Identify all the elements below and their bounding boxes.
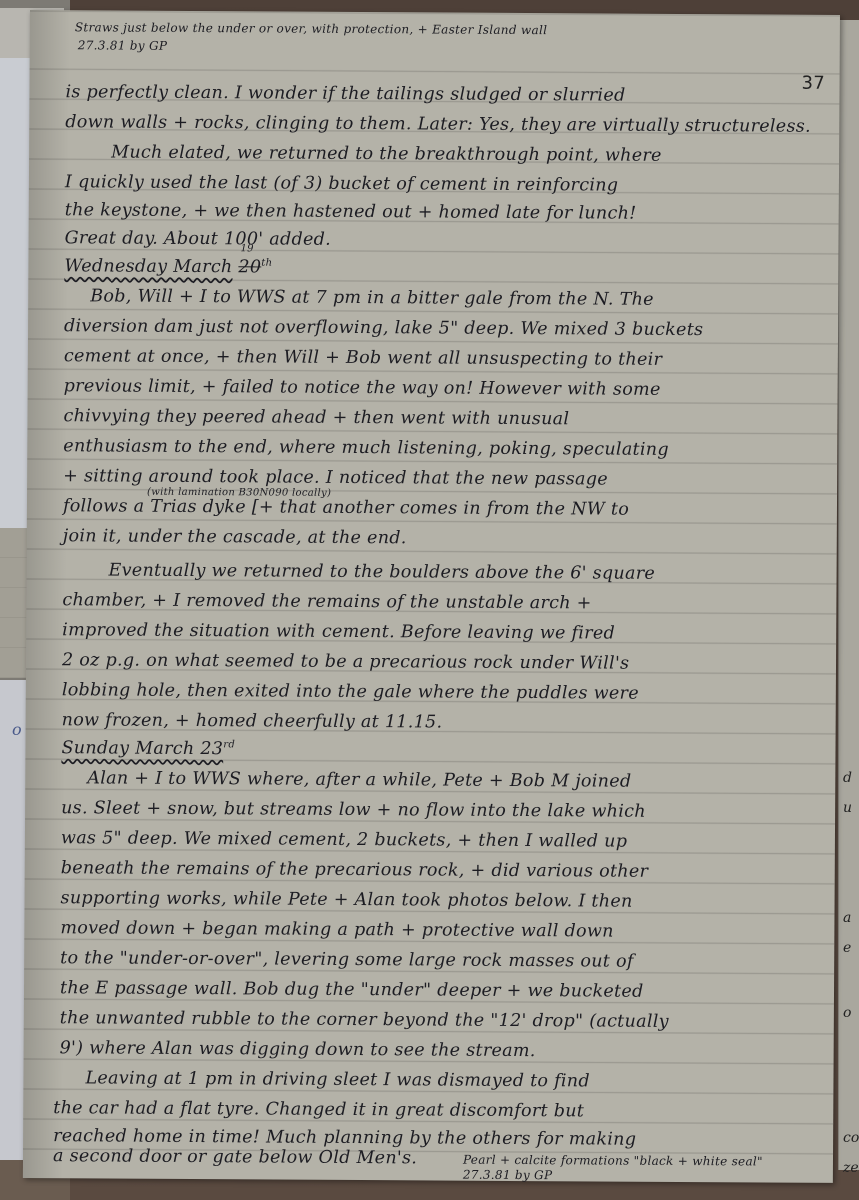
text-line: Leaving at 1 pm in driving sleet I was d… bbox=[85, 1068, 590, 1091]
text-line: Alan + I to WWS where, after a while, Pe… bbox=[87, 768, 631, 791]
entry-heading-sunday: Sunday March 23rd bbox=[61, 738, 235, 759]
text-line: us. Sleet + snow, but streams low + no f… bbox=[61, 798, 646, 822]
heading-day: Sunday March 23 bbox=[61, 738, 223, 759]
text-line: 2 oz p.g. on what seemed to be a precari… bbox=[62, 650, 629, 673]
date-suffix: rd bbox=[223, 739, 235, 750]
margin-mark: u bbox=[843, 800, 852, 816]
margin-mark: o bbox=[12, 720, 22, 739]
photo-caption-bottom: Pearl + calcite formations "black + whit… bbox=[463, 1153, 763, 1169]
text-line: chamber, + I removed the remains of the … bbox=[62, 590, 591, 613]
text-line: chivvying they peered ahead + then went … bbox=[63, 406, 569, 429]
text-line: Much elated, we returned to the breakthr… bbox=[111, 142, 662, 165]
underlying-page-right: d u a e o co ze bbox=[838, 20, 859, 1170]
text-line: supporting works, while Pete + Alan took… bbox=[61, 888, 633, 911]
margin-mark: co bbox=[843, 1130, 859, 1146]
text-line: beneath the remains of the precarious ro… bbox=[61, 858, 649, 882]
heading-date: 19 20th bbox=[238, 257, 272, 277]
text-line: 9') where Alan was digging down to see t… bbox=[60, 1038, 536, 1061]
text-line: the unwanted rubble to the corner beyond… bbox=[60, 1008, 669, 1032]
text-line: lobbing hole, then exited into the gale … bbox=[62, 680, 639, 704]
text-line: + sitting around took place. I noticed t… bbox=[63, 466, 608, 489]
underlying-white-page-lower bbox=[0, 680, 26, 1160]
text-line: diversion dam just not overflowing, lake… bbox=[64, 316, 703, 340]
text-line: now frozen, + homed cheerfully at 11.15. bbox=[62, 710, 443, 732]
page-number: 37 bbox=[802, 73, 826, 94]
margin-mark: ze bbox=[843, 1160, 859, 1176]
photo-caption-top-date: 27.3.81 by GP bbox=[78, 38, 168, 53]
text-line: down walls + rocks, clinging to them. La… bbox=[65, 112, 811, 137]
text-line: cement at once, + then Will + Bob went a… bbox=[64, 346, 662, 370]
text-line: follows a Trias dyke [+ that another com… bbox=[63, 496, 629, 519]
text-line: Eventually we returned to the boulders a… bbox=[109, 560, 656, 583]
corrected-date: 19 bbox=[240, 243, 253, 254]
text-line: to the "under-or-over", levering some la… bbox=[60, 948, 634, 972]
text-line: the E passage wall. Bob dug the "under" … bbox=[60, 978, 644, 1002]
text-line: the keystone, + we then hastened out + h… bbox=[65, 200, 637, 223]
date-suffix: th bbox=[261, 258, 272, 269]
margin-mark: d bbox=[843, 770, 852, 786]
text-line: Great day. About 100' added. bbox=[65, 228, 332, 250]
margin-mark: e bbox=[843, 940, 851, 956]
text-line: a second door or gate below Old Men's. bbox=[53, 1146, 417, 1168]
photo-caption-top: Straws just below the under or over, wit… bbox=[75, 20, 547, 37]
text-line: Bob, Will + I to WWS at 7 pm in a bitter… bbox=[90, 286, 654, 309]
text-line: enthusiasm to the end, where much listen… bbox=[63, 436, 669, 460]
text-line: was 5" deep. We mixed cement, 2 buckets,… bbox=[61, 828, 627, 851]
struck-date: 20 bbox=[238, 257, 261, 277]
text-line: previous limit, + failed to notice the w… bbox=[64, 376, 661, 400]
heading-day: Wednesday March bbox=[64, 256, 232, 277]
text-line: I quickly used the last (of 3) bucket of… bbox=[65, 172, 618, 195]
photo-caption-bottom-date: 27.3.81 by GP bbox=[463, 1168, 553, 1183]
text-line: is perfectly clean. I wonder if the tail… bbox=[65, 82, 625, 105]
text-line: the car had a flat tyre. Changed it in g… bbox=[53, 1098, 584, 1121]
margin-mark: o bbox=[843, 1005, 851, 1021]
entry-heading-wednesday: Wednesday March 19 20th bbox=[64, 256, 272, 277]
text-line: join it, under the cascade, at the end. bbox=[63, 526, 407, 548]
notebook-page: Straws just below the under or over, wit… bbox=[23, 10, 840, 1183]
text-line: moved down + began making a path + prote… bbox=[60, 918, 613, 941]
text-line: improved the situation with cement. Befo… bbox=[62, 620, 615, 643]
margin-mark: a bbox=[843, 910, 851, 926]
